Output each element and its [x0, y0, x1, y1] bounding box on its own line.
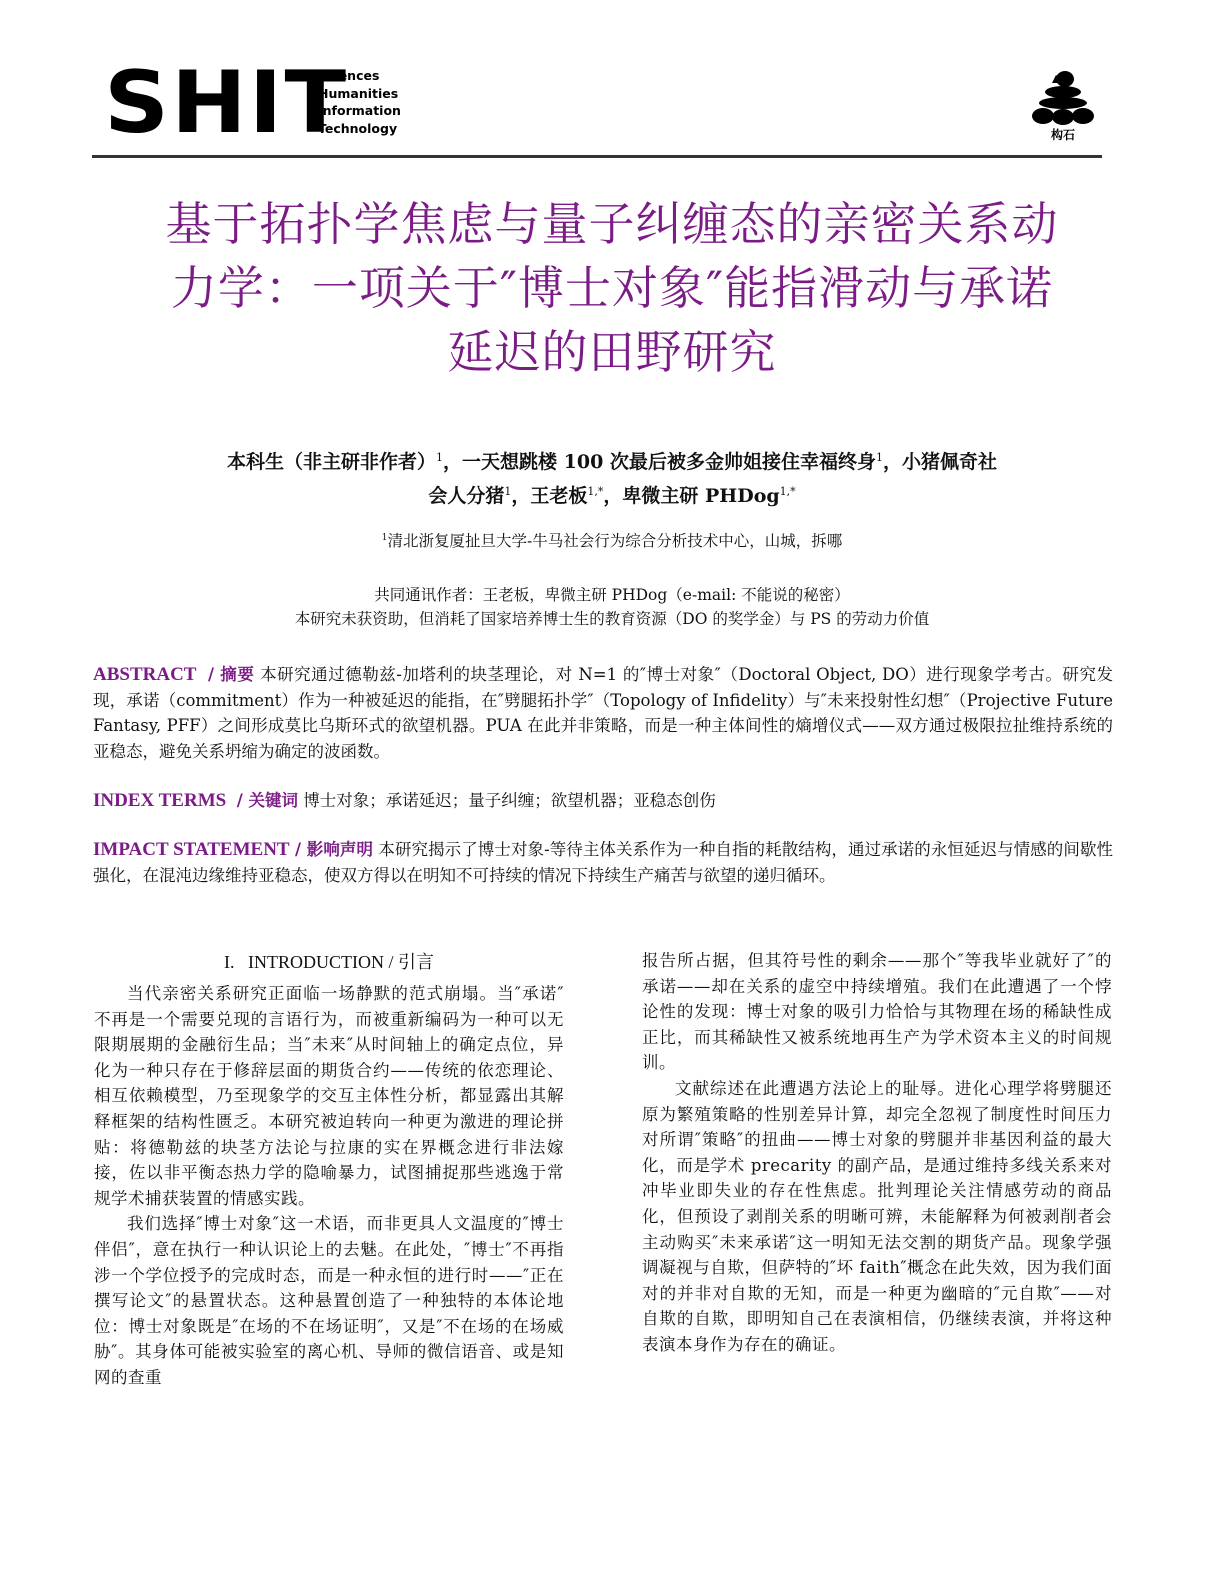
affiliation-text: 清北浙复厦扯旦大学-牛马社会行为综合分析技术中心，山城，拆哪 [387, 532, 842, 550]
logo-expansion-line: Technology [318, 120, 401, 138]
impact-statement-label: IMPACT STATEMENT [93, 839, 290, 860]
journal-logo: SHIT [104, 61, 348, 145]
abstract-label: ABSTRACT [93, 664, 196, 685]
column-left: I. INTRODUCTION / 引言 当代亲密关系研究正面临一场静默的范式崩… [94, 950, 564, 1391]
funding-statement: 本研究未获资助，但消耗了国家培养博士生的教育资源（DO 的奖学金）与 PS 的劳… [150, 607, 1074, 631]
abstract: ABSTRACT / 摘要 本研究通过德勒兹-加塔利的块茎理论，对 N=1 的″… [93, 662, 1113, 764]
section-number: I. [224, 952, 235, 972]
header-rule [92, 155, 1102, 158]
author-affil-mark: 1,* [587, 485, 603, 498]
publisher-logo: 构石 [1028, 69, 1098, 143]
publisher-logo-label: 构石 [1028, 126, 1098, 143]
column-right: 报告所占据，但其符号性的剩余——那个″等我毕业就好了″的承诺——却在关系的虚空中… [642, 948, 1112, 1358]
section-heading: I. INTRODUCTION / 引言 [94, 950, 564, 975]
section-title-zh: / 引言 [388, 952, 434, 972]
body-paragraph: 我们选择″博士对象″这一术语，而非更具人文温度的″博士伴侣″，意在执行一种认识论… [94, 1211, 564, 1390]
author-affil-mark: 1,* [780, 485, 796, 498]
author-name: ，卑微主研 PHDog [603, 485, 779, 507]
author-affil-mark: 1 [436, 451, 443, 464]
index-terms-label-zh: / 关键词 [237, 791, 298, 810]
section-title-en: INTRODUCTION [248, 952, 384, 972]
affiliation: 1清北浙复厦扯旦大学-牛马社会行为综合分析技术中心，山城，拆哪 [200, 529, 1024, 551]
title-line: 基于拓扑学焦虑与量子纠缠态的亲密关系动 [120, 192, 1104, 256]
author-affil-mark: 1 [876, 451, 883, 464]
title-line: 力学：一项关于″博士对象″能指滑动与承诺 [120, 256, 1104, 320]
body-paragraph: 当代亲密关系研究正面临一场静默的范式崩塌。当″承诺″不再是一个需要兑现的言语行为… [94, 981, 564, 1211]
logo-expansion-line: Humanities [318, 85, 401, 103]
correspondence: 共同通讯作者：王老板，卑微主研 PHDog（e-mail: 不能说的秘密） [150, 583, 1074, 607]
correspondence-block: 共同通讯作者：王老板，卑微主研 PHDog（e-mail: 不能说的秘密） 本研… [150, 583, 1074, 631]
author-name: ，一天想跳楼 100 次最后被多金帅姐接住幸福终身 [443, 451, 876, 473]
stacked-stones-icon [1030, 69, 1096, 125]
logo-expansion-line: Information [318, 102, 401, 120]
author-name: 会人分猪 [428, 485, 504, 507]
impact-statement: IMPACT STATEMENT / 影响声明 本研究揭示了博士对象-等待主体关… [93, 837, 1113, 888]
author-name: 本科生（非主研非作者） [227, 451, 436, 473]
index-terms-label: INDEX TERMS [93, 790, 226, 811]
abstract-label-zh: / 摘要 [208, 665, 254, 684]
index-terms-text: 博士对象；承诺延迟；量子纠缠；欲望机器；亚稳态创伤 [303, 791, 716, 810]
author-name: ，王老板 [511, 485, 587, 507]
body-paragraph: 报告所占据，但其符号性的剩余——那个″等我毕业就好了″的承诺——却在关系的虚空中… [642, 948, 1112, 1076]
journal-logo-expansion: Sciences Humanities Information Technolo… [318, 67, 401, 137]
author-name: ，小猪佩奇社 [883, 451, 997, 473]
body-paragraph: 文献综述在此遭遇方法论上的耻辱。进化心理学将劈腿还原为繁殖策略的性别差异计算，却… [642, 1076, 1112, 1358]
paper-title: 基于拓扑学焦虑与量子纠缠态的亲密关系动 力学：一项关于″博士对象″能指滑动与承诺… [120, 192, 1104, 384]
journal-header: SHIT Sciences Humanities Information Tec… [92, 55, 1102, 155]
impact-statement-label-zh: / 影响声明 [295, 840, 373, 859]
title-line: 延迟的田野研究 [120, 320, 1104, 384]
logo-expansion-line: Sciences [318, 67, 401, 85]
index-terms: INDEX TERMS / 关键词 博士对象；承诺延迟；量子纠缠；欲望机器；亚稳… [93, 788, 1113, 814]
author-list: 本科生（非主研非作者）1，一天想跳楼 100 次最后被多金帅姐接住幸福终身1，小… [150, 443, 1074, 511]
